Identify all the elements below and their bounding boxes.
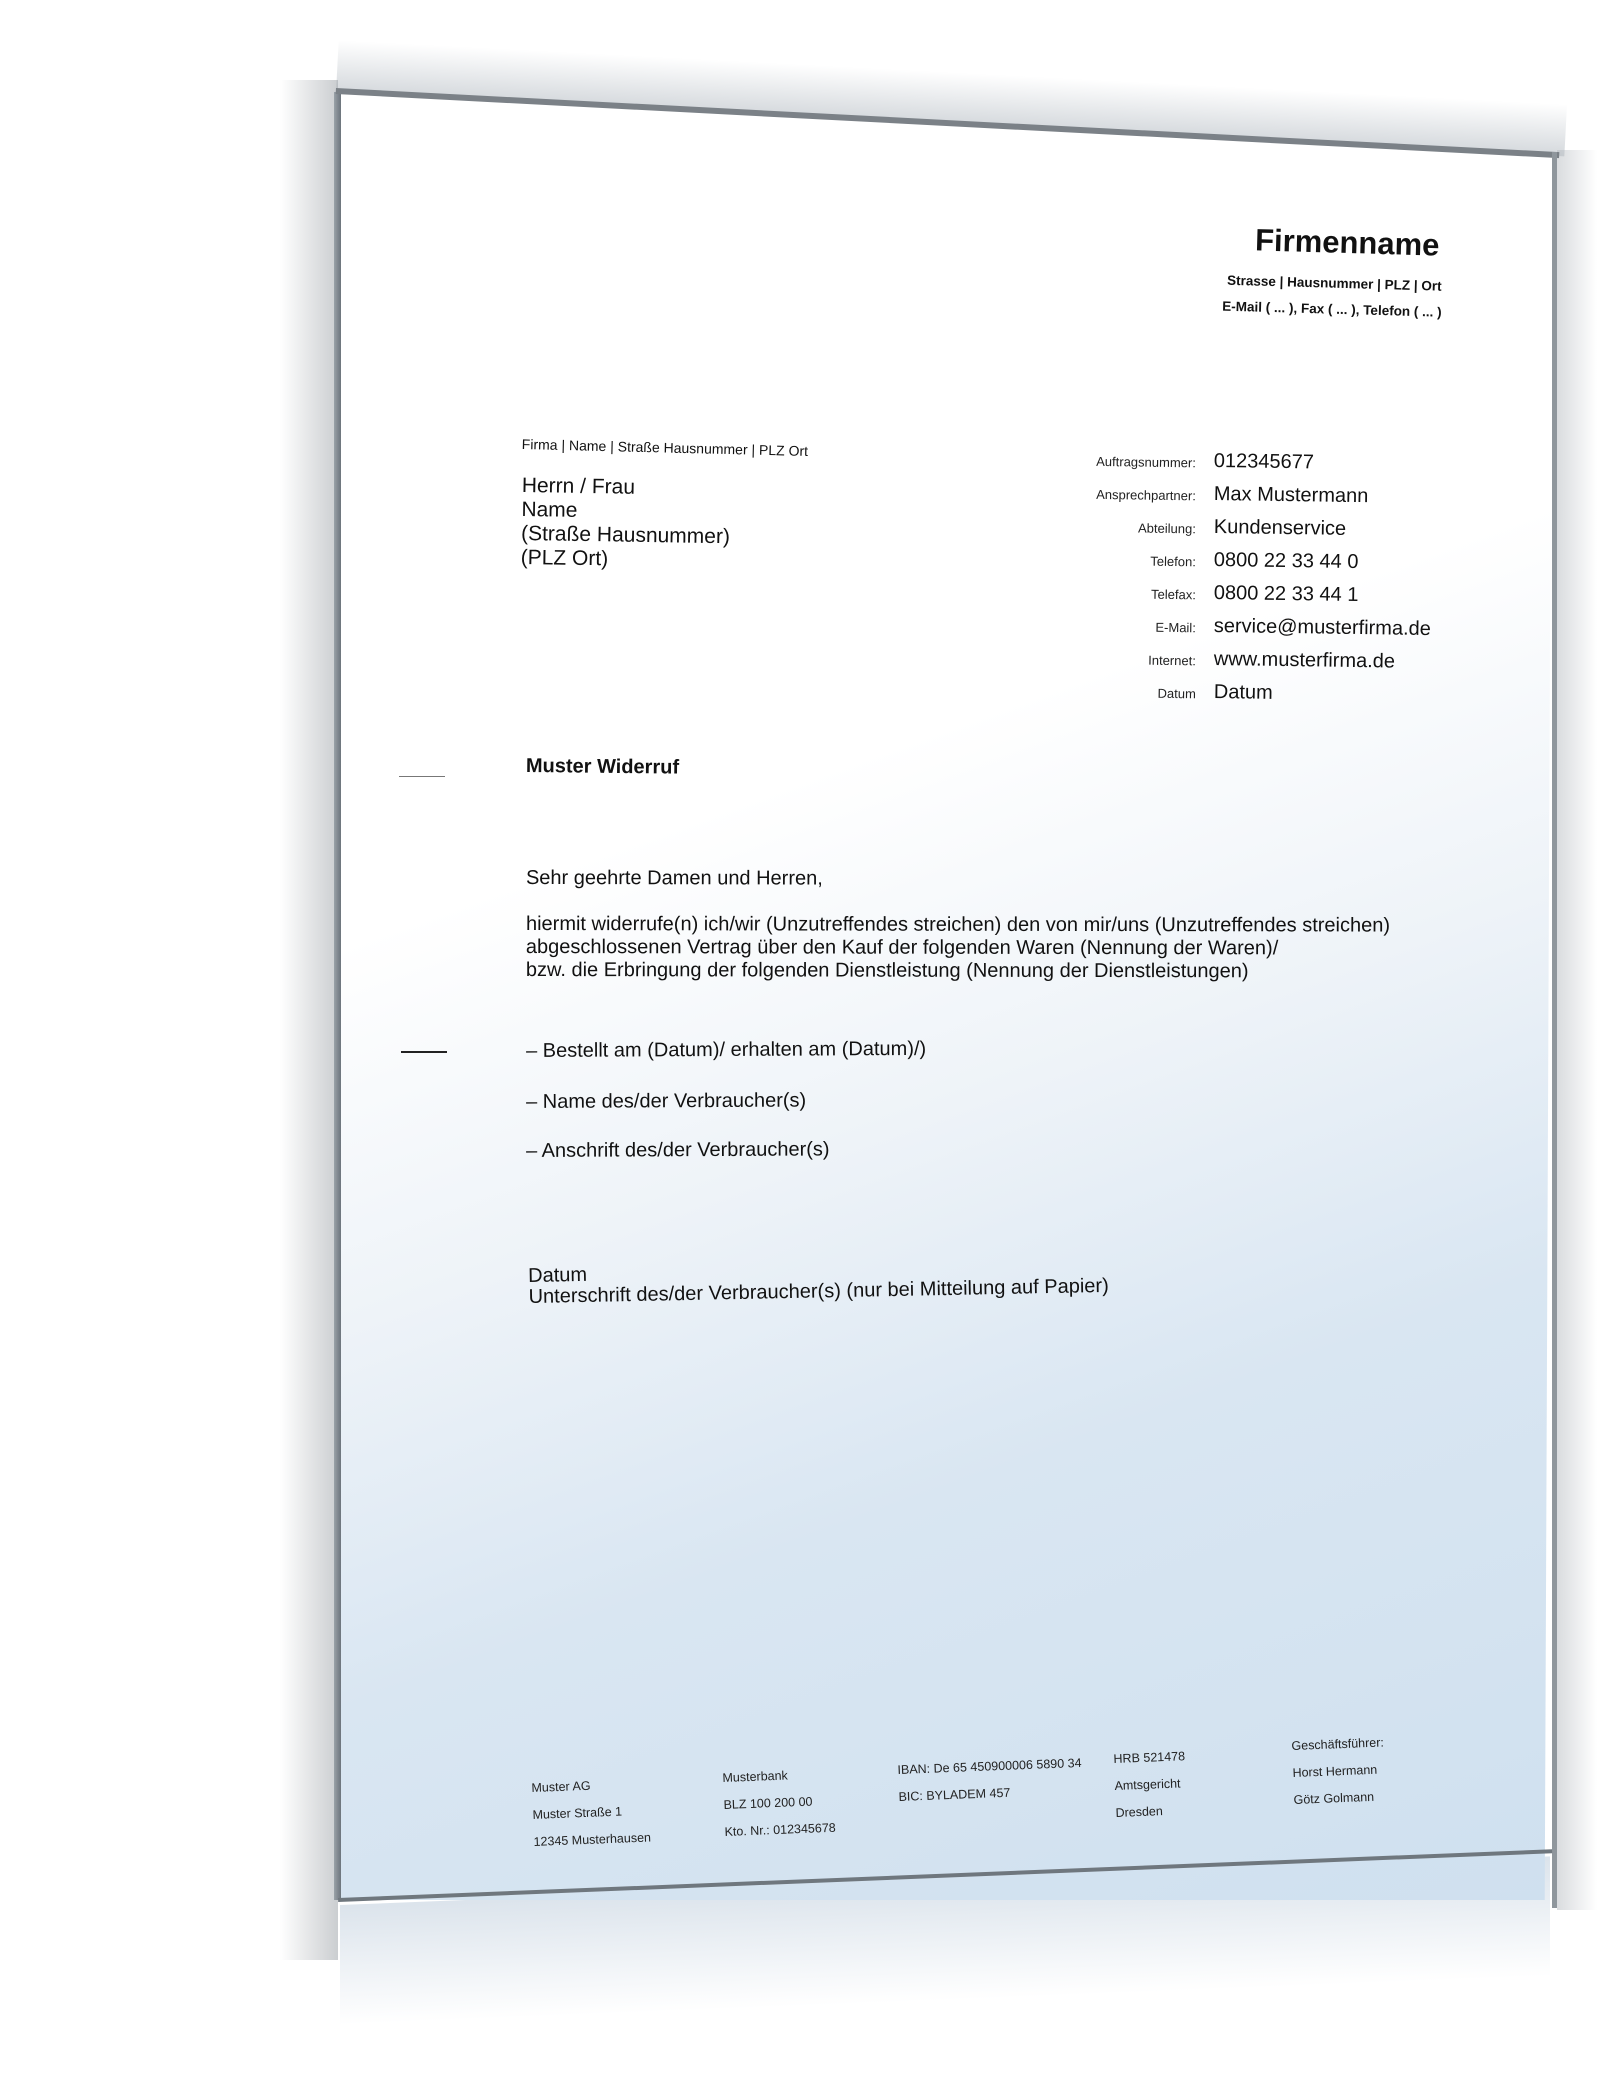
footer-court: Amtsgericht xyxy=(1114,1770,1187,1800)
recipient-line: Herrn / Frau xyxy=(522,474,731,501)
info-label-email: E-Mail: xyxy=(1030,618,1196,635)
bullet-consumer-name: – Name des/der Verbraucher(s) xyxy=(526,1090,806,1114)
footer-manager-name: Horst Hermann xyxy=(1292,1756,1385,1787)
company-name: Firmenname xyxy=(1239,222,1440,264)
info-label-phone: Telefon: xyxy=(1030,552,1196,569)
subject-line: Muster Widerruf xyxy=(526,755,679,780)
info-label-internet: Internet: xyxy=(1030,651,1196,668)
recipient-line: (PLZ Ort) xyxy=(520,546,729,573)
document-page xyxy=(340,92,1552,1900)
page-shadow-left xyxy=(280,80,338,1960)
footer-management-label: Geschäftsführer: xyxy=(1291,1729,1384,1760)
info-value-fax: 0800 22 33 44 1 xyxy=(1214,582,1359,607)
footer-register: HRB 521478 Amtsgericht Dresden xyxy=(1113,1743,1188,1827)
footer-management: Geschäftsführer: Horst Hermann Götz Golm… xyxy=(1291,1729,1386,1813)
salutation: Sehr geehrte Damen und Herren, xyxy=(526,867,823,891)
bullet-order-date: – Bestellt am (Datum)/ erhalten am (Datu… xyxy=(526,1038,926,1063)
footer-hrb: HRB 521478 xyxy=(1113,1743,1186,1773)
info-value-internet[interactable]: www.musterfirma.de xyxy=(1214,648,1395,674)
body-line: bzw. die Erbringung der folgenden Dienst… xyxy=(526,959,1390,984)
info-label-department: Abteilung: xyxy=(1030,519,1196,536)
footer-account-number: Kto. Nr.: 012345678 xyxy=(724,1815,836,1846)
footer-bank-name: Musterbank xyxy=(722,1761,834,1792)
info-value-email[interactable]: service@musterfirma.de xyxy=(1214,615,1431,641)
info-value-department: Kundenservice xyxy=(1214,516,1347,541)
info-value-phone: 0800 22 33 44 0 xyxy=(1214,549,1359,574)
fold-mark-top xyxy=(399,776,445,777)
info-label-fax: Telefax: xyxy=(1030,585,1196,602)
footer-company-city: 12345 Musterhausen xyxy=(533,1824,651,1855)
footer-manager-name: Götz Golmann xyxy=(1293,1783,1386,1814)
info-label-date: Datum xyxy=(1030,684,1196,701)
page-shadow-right xyxy=(1557,150,1597,1910)
recipient-address: Herrn / Frau Name (Straße Hausnummer) (P… xyxy=(520,474,730,573)
recipient-line: Name xyxy=(521,498,730,525)
body-line: hiermit widerrufe(n) ich/wir (Unzutreffe… xyxy=(526,913,1390,938)
body-text: hiermit widerrufe(n) ich/wir (Unzutreffe… xyxy=(526,913,1390,984)
info-value-date: Datum xyxy=(1214,681,1273,705)
page-edge-right xyxy=(1552,152,1557,1908)
footer-iban: IBAN: De 65 450900006 5890 34 BIC: BYLAD… xyxy=(897,1750,1083,1811)
bullet-consumer-address: – Anschrift des/der Verbraucher(s) xyxy=(526,1138,830,1163)
info-value-contact: Max Mustermann xyxy=(1214,483,1369,508)
body-line: abgeschlossenen Vertrag über den Kauf de… xyxy=(526,936,1390,961)
page-edge-left xyxy=(334,92,341,1900)
footer-company: Muster AG Muster Straße 1 12345 Musterha… xyxy=(531,1770,651,1855)
info-label-order-number: Auftragsnummer: xyxy=(1030,453,1196,470)
footer-court-city: Dresden xyxy=(1115,1797,1188,1827)
info-label-contact: Ansprechpartner: xyxy=(1030,486,1196,503)
document-preview: Firmenname Strasse | Hausnummer | PLZ | … xyxy=(0,0,1600,2100)
fold-mark-middle xyxy=(401,1051,447,1053)
footer-bank: Musterbank BLZ 100 200 00 Kto. Nr.: 0123… xyxy=(722,1761,836,1846)
footer-bank-code: BLZ 100 200 00 xyxy=(723,1788,835,1819)
recipient-line: (Straße Hausnummer) xyxy=(521,522,730,549)
info-value-order-number: 012345677 xyxy=(1214,450,1314,474)
